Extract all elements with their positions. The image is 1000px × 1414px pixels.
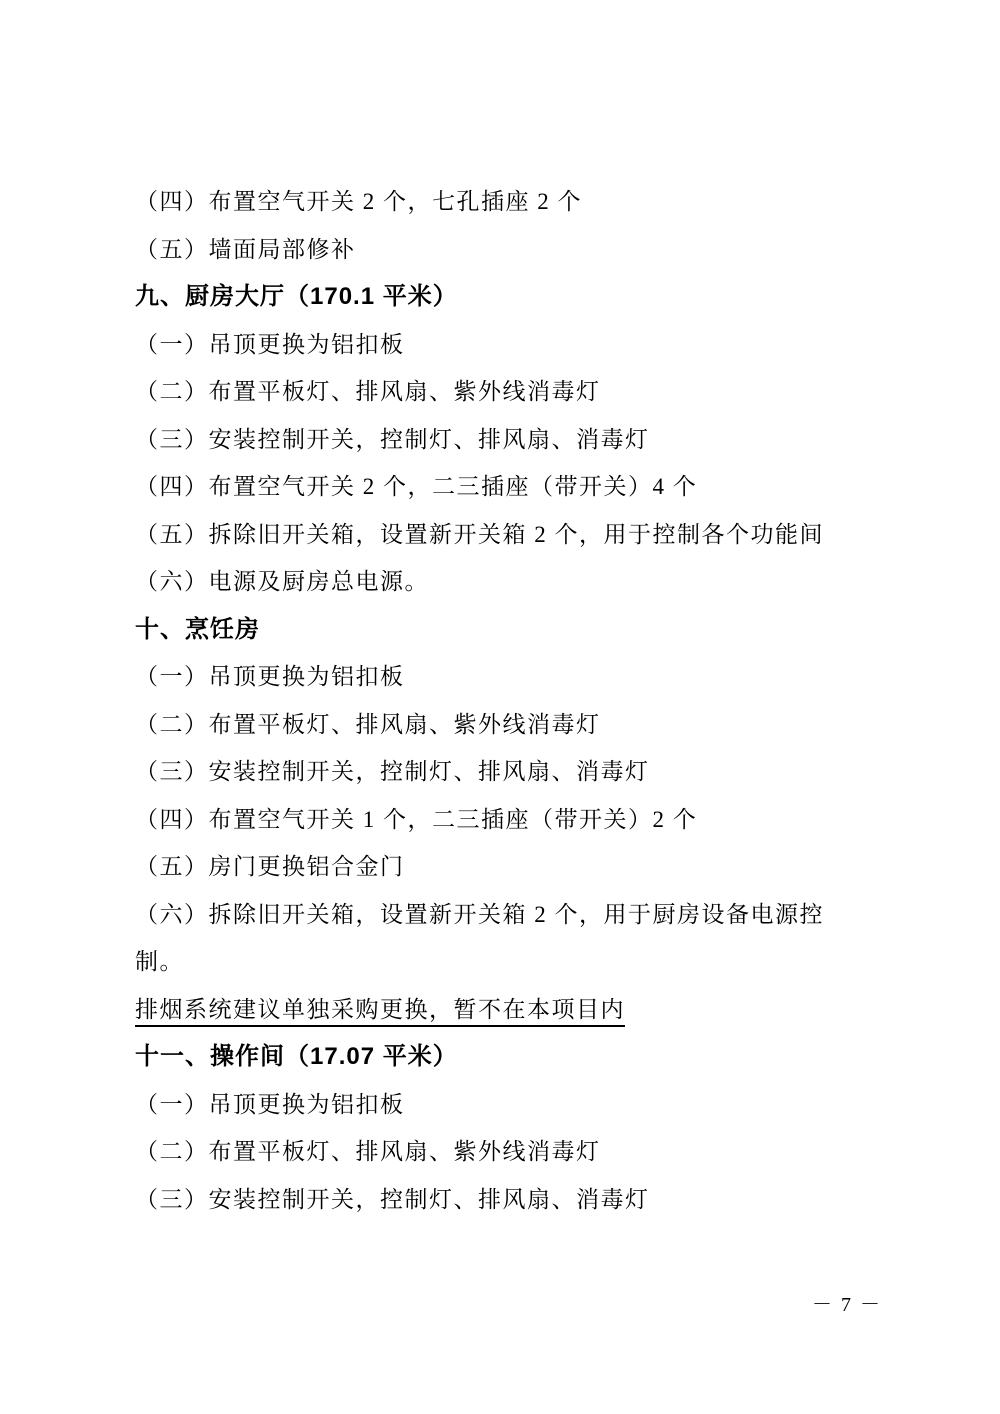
document-page: （四）布置空气开关 2 个，七孔插座 2 个（五）墙面局部修补九、厨房大厅（17… [0, 0, 1000, 1414]
text-line: （一）吊顶更换为铝扣板 [135, 1081, 895, 1129]
text-line: （六）电源及厨房总电源。 [135, 558, 895, 606]
text-line: （二）布置平板灯、排风扇、紫外线消毒灯 [135, 368, 895, 416]
text-line: （五）墙面局部修补 [135, 226, 895, 274]
text-line: （五）拆除旧开关箱，设置新开关箱 2 个，用于控制各个功能间 [135, 511, 895, 559]
text-line: （四）布置空气开关 1 个，二三插座（带开关）2 个 [135, 796, 895, 844]
text-line: （三）安装控制开关，控制灯、排风扇、消毒灯 [135, 416, 895, 464]
text-line: （三）安装控制开关，控制灯、排风扇、消毒灯 [135, 1176, 895, 1224]
section-heading: 十一、操作间（17.07 平米） [135, 1033, 895, 1081]
section-heading: 九、厨房大厅（170.1 平米） [135, 273, 895, 321]
text-line: 制。 [135, 938, 895, 986]
underlined-note: 排烟系统建议单独采购更换，暂不在本项目内 [135, 986, 895, 1034]
page-number: － 7 － [812, 1288, 882, 1317]
text-line: （一）吊顶更换为铝扣板 [135, 321, 895, 369]
section-heading: 十、烹饪房 [135, 606, 895, 654]
text-line: （二）布置平板灯、排风扇、紫外线消毒灯 [135, 1128, 895, 1176]
text-line: （三）安装控制开关，控制灯、排风扇、消毒灯 [135, 748, 895, 796]
text-line: （四）布置空气开关 2 个，七孔插座 2 个 [135, 178, 895, 226]
text-line: （四）布置空气开关 2 个，二三插座（带开关）4 个 [135, 463, 895, 511]
text-line: （六）拆除旧开关箱，设置新开关箱 2 个，用于厨房设备电源控 [135, 891, 895, 939]
text-line: （五）房门更换铝合金门 [135, 843, 895, 891]
text-line: （二）布置平板灯、排风扇、紫外线消毒灯 [135, 701, 895, 749]
document-content: （四）布置空气开关 2 个，七孔插座 2 个（五）墙面局部修补九、厨房大厅（17… [135, 178, 895, 1223]
text-line: （一）吊顶更换为铝扣板 [135, 653, 895, 701]
